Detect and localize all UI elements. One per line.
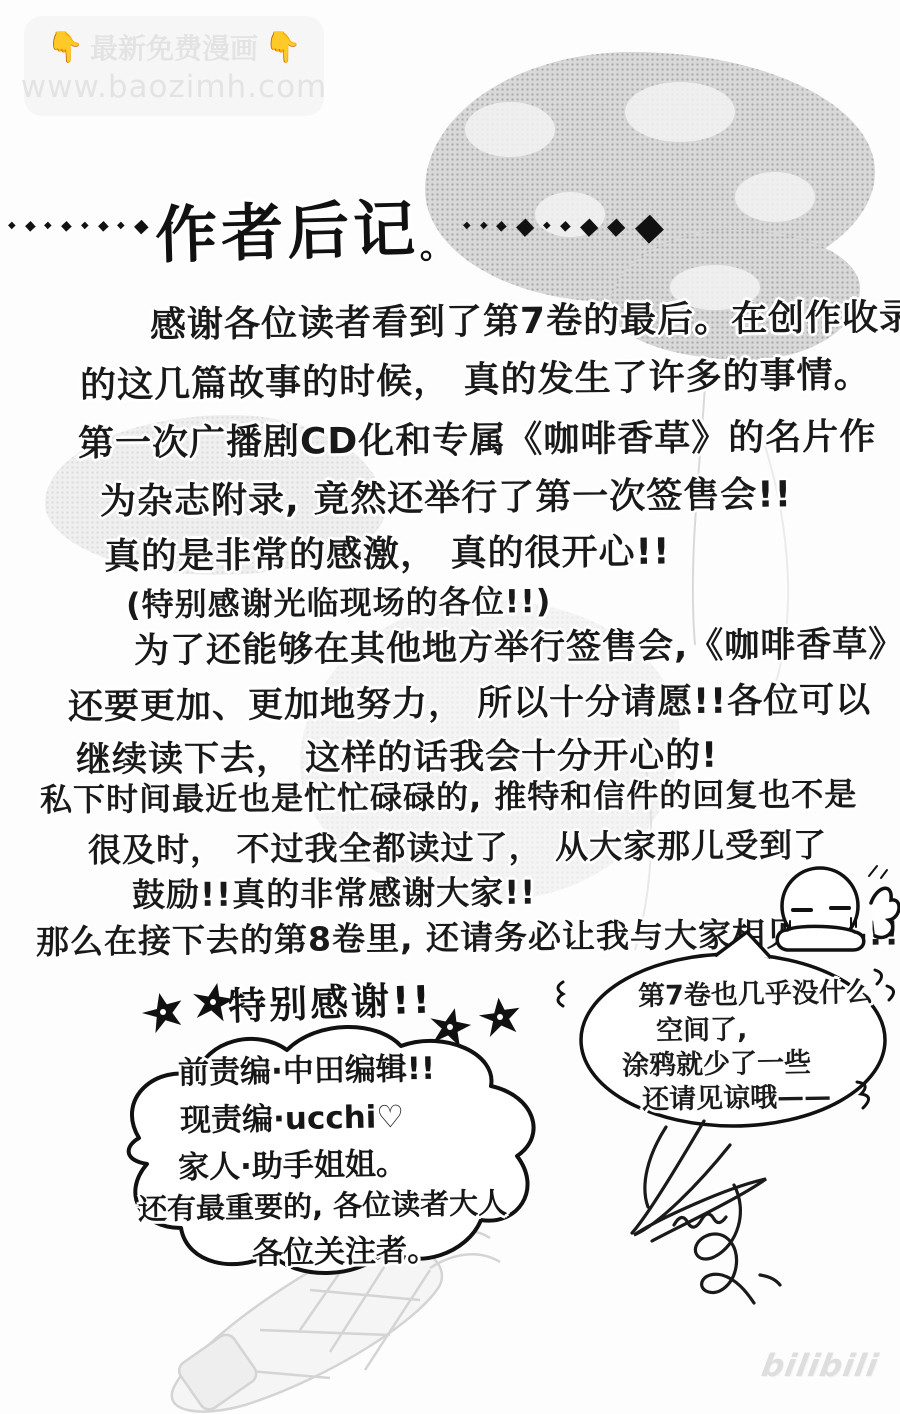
diamond-icon: ◆ (543, 221, 551, 231)
page-title: 作者后记。 (154, 178, 458, 275)
afterword-line: 为了还能够在其他地方举行签售会,《咖啡香草》 (134, 617, 900, 674)
diamond-icon: ◆ (61, 219, 72, 233)
side-note-line: 第7卷也几乎没什么 (638, 970, 873, 1013)
diamond-icon: ◆ (463, 221, 471, 231)
manga-afterword-page: 👇 最新免费漫画 👇 www.baozimh.com ◆ ◆ ◆ ◆ ◆ ◆ ◆… (0, 0, 900, 1414)
afterword-line: 鼓励!!真的非常感谢大家!! (132, 867, 537, 917)
side-note-line: 还请见谅哦—— (642, 1074, 832, 1116)
afterword-line: 还要更加、更加地努力， 所以十分请愿!!各位可以 (68, 672, 872, 729)
diamond-icon: ◆ (81, 221, 89, 231)
diamond-icon: ◆ (479, 221, 487, 231)
afterword-line: (特别感谢光临现场的各位!!) (126, 576, 552, 626)
diamond-icon: ◆ (580, 214, 599, 239)
thanks-item: 各位关注者。 (252, 1224, 439, 1272)
thanks-item: 现责编·ucchi♡ (180, 1091, 405, 1140)
afterword-line: 感谢各位读者看到了第7卷的最后。在创作收录 (150, 289, 900, 348)
afterword-line: 私下时间最近也是忙忙碌碌的, 推特和信件的回复也不是 (40, 769, 858, 821)
bilibili-logo: bilibili (759, 1348, 881, 1384)
afterword-line: 第一次广播剧CD化和专属《咖啡香草》的名片作 (78, 409, 877, 467)
thanks-item: 家人·助手姐姐。 (178, 1138, 408, 1187)
title-period: 。 (419, 226, 458, 267)
watermark-site-url: www.baozimh.com (21, 69, 328, 105)
diamond-icon: ◆ (24, 219, 35, 233)
diamond-icon: ◆ (607, 214, 626, 239)
diamond-icon: ◆ (496, 219, 507, 233)
author-signature (618, 1115, 808, 1310)
afterword-title-row: ◆ ◆ ◆ ◆ ◆ ◆ ◆ ◆ 作者后记。 ◆ ◆ ◆ ◆ ◆ ◆ ◆ ◆ ◆ (8, 178, 892, 274)
diamond-icon: ◆ (117, 221, 125, 231)
diamond-icon: ◆ (516, 214, 535, 239)
diamond-icon: ◆ (134, 216, 149, 235)
afterword-line: 真的是非常的感激， 真的很开心!! (104, 524, 671, 580)
diamond-icon: ◆ (8, 221, 16, 231)
title-right-diamonds: ◆ ◆ ◆ ◆ ◆ ◆ ◆ ◆ ◆ (463, 207, 664, 245)
diamond-icon: ◆ (634, 207, 665, 246)
watermark-site-name: 最新免费漫画 (90, 27, 258, 67)
pointer-down-icon: 👇 (264, 30, 301, 65)
pointer-down-icon: 👇 (47, 30, 84, 65)
diamond-icon: ◆ (44, 221, 52, 231)
title-left-diamonds: ◆ ◆ ◆ ◆ ◆ ◆ ◆ ◆ (8, 217, 149, 236)
diamond-icon: ◆ (560, 219, 571, 233)
afterword-line: 为杂志附录, 竟然还举行了第一次签售会!! (100, 466, 793, 524)
thanks-item: 前责编·中田编辑!! (178, 1043, 436, 1092)
afterword-line: 很及时， 不过我全都读过了， 从大家那儿受到了 (88, 819, 827, 871)
thanks-item: 还有最重要的, 各位读者大人 (138, 1181, 508, 1228)
diamond-icon: ◆ (97, 219, 108, 233)
baozimh-watermark[interactable]: 👇 最新免费漫画 👇 www.baozimh.com (24, 16, 324, 116)
